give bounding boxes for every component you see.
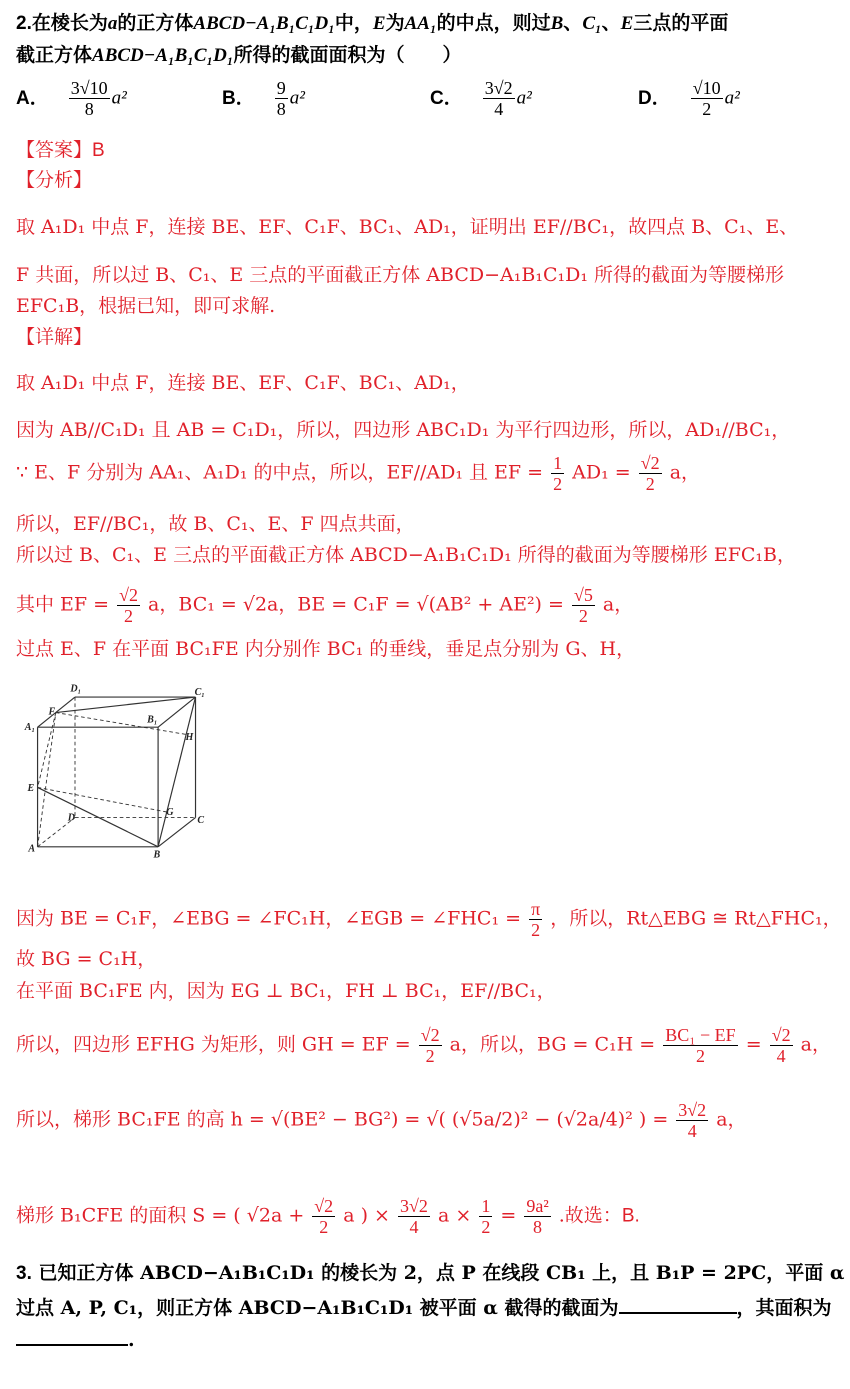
math-expression: B [551,13,564,34]
problem-3-line-2: 过点 A, P, C₁，则正方体 ABCD−A₁B₁C₁D₁ 被平面 α 截得的… [16,1292,832,1321]
text-segment: 在棱长为 [32,12,108,34]
text: a， [670,462,700,484]
option-b-fraction: 98 [275,78,288,119]
fraction: 3√24 [398,1196,430,1237]
math-expression: C₁ [582,13,601,34]
numerator: 9 [275,78,288,99]
fraction: √22 [312,1196,335,1237]
option-b[interactable]: B． 98a² [222,78,305,119]
text: 所以，四边形 EFHG 为矩形，则 GH = EF = [16,1034,411,1056]
text: 所以，梯形 BC₁FE 的高 h = √(BE² − BG²) = √( (√5… [16,1109,668,1131]
denominator: 2 [663,1046,737,1066]
solution-line-5: 所以过 B、C₁、E 三点的平面截正方体 ABCD−A₁B₁C₁D₁ 所得的截面… [16,542,796,568]
fraction: √22 [117,585,140,626]
label-h: H [184,732,194,743]
solution-line-4: 所以，EF//BC₁，故 B、C₁、E、F 四点共面， [16,511,415,537]
denominator: 8 [275,99,288,119]
text: a， [716,1109,746,1131]
denominator: 2 [117,606,140,626]
text-segment: 的正方体 [117,12,193,34]
text: ，所以，Rt△EBG ≅ Rt△FHC₁， [550,908,841,930]
solution-line-12: 所以，梯形 BC₁FE 的高 h = √(BE² − BG²) = √( (√5… [16,1100,747,1141]
fraction: √22 [419,1025,442,1066]
text: = [500,1205,516,1227]
label-g: G [166,807,174,818]
label-e: E [27,783,35,794]
answer-blank-area[interactable] [16,1324,128,1346]
numerator: √10 [691,78,723,99]
option-d-label: D． [638,88,671,109]
label-d: D [67,812,76,823]
denominator: 8 [69,99,110,119]
fraction: √52 [572,585,595,626]
answer-value: B [92,140,105,161]
fraction: BC₁ − EF2 [663,1025,737,1066]
numerator: 3√2 [483,78,515,99]
fraction: 3√24 [676,1100,708,1141]
label-a1: A₁ [24,722,35,733]
numerator: √5 [572,585,595,606]
fraction: 12 [551,453,564,494]
numerator: √2 [639,453,662,474]
option-d-fraction: √102 [691,78,723,119]
problem-number: 2. [16,13,32,34]
solution-line-3: ∵ E、F 分别为 AA₁、A₁D₁ 的中点，所以，EF//AD₁ 且 EF =… [16,453,700,494]
solution-line-1: 取 A₁D₁ 中点 F，连接 BE、EF、C₁F、BC₁、AD₁， [16,370,470,396]
text-segment: 、 [602,12,621,34]
numerator: π [529,899,542,920]
numerator: √2 [117,585,140,606]
numerator: BC₁ − EF [663,1025,737,1046]
analysis-line-3: EFC₁B，根据已知，即可求解. [16,293,275,319]
problem-3-line-1: 3. 已知正方体 ABCD−A₁B₁C₁D₁ 的棱长为 2，点 P 在线段 CB… [16,1260,850,1287]
math-expression: ABCD−A₁B₁C₁D₁ [92,45,234,66]
text: 其中 EF = [16,594,109,616]
problem-2-stem-line-2: 截正方体ABCD−A₁B₁C₁D₁所得的截面面积为（ ） [16,42,462,69]
math-expression: E [373,13,386,34]
text-segment: 、 [563,12,582,34]
numerator: 1 [551,453,564,474]
text: 梯形 B₁CFE 的面积 S = ( √2a + [16,1205,304,1227]
text-segment: 截正方体 [16,44,92,66]
numerator: 9a² [524,1196,550,1217]
option-a-fraction: 3√108 [69,78,110,119]
text-segment: 所得的截面面积为（ ） [234,44,462,66]
fraction: π2 [529,899,542,940]
denominator: 2 [312,1217,335,1237]
numerator: 3√10 [69,78,110,99]
option-b-label: B． [222,88,255,109]
math-expression: a [108,13,118,34]
denominator: 2 [691,99,723,119]
analysis-header: 【分析】 [16,167,92,193]
numerator: √2 [770,1025,793,1046]
math-expression: E [621,13,634,34]
fraction: √24 [770,1025,793,1066]
period: . [128,1329,135,1351]
problem-2-stem-line-1: 2.在棱长为a的正方体ABCD−A₁B₁C₁D₁中，E为AA₁的中点，则过B、C… [16,10,728,37]
math-expression: AA₁ [405,13,437,34]
answer-header: 【答案】 [16,139,92,161]
denominator: 2 [419,1046,442,1066]
solution-line-7: 过点 E、F 在平面 BC₁FE 内分别作 BC₁ 的垂线，垂足点分别为 G、H… [16,636,635,662]
denominator: 2 [572,606,595,626]
option-a-variable: a² [112,88,127,109]
fraction: √22 [639,453,662,494]
option-a-label: A． [16,88,49,109]
option-d-variable: a² [725,88,740,109]
text-segment: 三点的平面 [633,12,728,34]
numerator: 1 [479,1196,492,1217]
fraction: 9a²8 [524,1196,550,1237]
text: a，所以，BG = C₁H = [450,1034,656,1056]
label-d1: D₁ [69,684,81,695]
denominator: 4 [398,1217,430,1237]
text: a，BC₁ = √2a，BE = C₁F = √(AB² + AE²) = [148,594,564,616]
numerator: √2 [419,1025,442,1046]
option-a[interactable]: A． 3√108a² [16,78,127,119]
denominator: 8 [524,1217,550,1237]
option-d[interactable]: D． √102a² [638,78,740,119]
label-c: C [197,815,204,826]
text: AD₁ = [572,462,631,484]
text: .故选： [559,1205,622,1227]
option-c-label: C． [430,88,463,109]
numerator: √2 [312,1196,335,1217]
fraction: 12 [479,1196,492,1237]
math-expression: ABCD−A₁B₁C₁D₁ [193,13,335,34]
label-a: A [27,843,35,854]
solution-line-8: 因为 BE = C₁F，∠EBG = ∠FC₁H，∠EGB = ∠FHC₁ = … [16,899,842,940]
problem-3-text-3: ，其面积为 [737,1297,832,1319]
denominator: 2 [551,474,564,494]
label-b: B [153,850,161,861]
denominator: 2 [479,1217,492,1237]
text: a， [801,1034,831,1056]
problem-2-stem-text-2: 截正方体ABCD−A₁B₁C₁D₁所得的截面面积为（ ） [16,44,462,66]
option-c-variable: a² [517,88,532,109]
denominator: 4 [770,1046,793,1066]
option-b-variable: a² [290,88,305,109]
text-segment: 中， [335,12,373,34]
text-segment: 的中点，则过 [437,12,551,34]
solution-header: 【详解】 [16,324,92,350]
label-c1: C₁ [195,687,205,698]
numerator: 3√2 [676,1100,708,1121]
text: = [746,1034,762,1056]
label-b1: B₁ [146,715,157,726]
numerator: 3√2 [398,1196,430,1217]
solution-line-2: 因为 AB//C₁D₁ 且 AB = C₁D₁，所以，四边形 ABC₁D₁ 为平… [16,417,790,443]
text: a ) × [343,1205,390,1227]
option-c[interactable]: C． 3√24a² [430,78,532,119]
problem-2-stem-text: 在棱长为a的正方体ABCD−A₁B₁C₁D₁中，E为AA₁的中点，则过B、C₁、… [32,12,728,34]
analysis-line-1: 取 A₁D₁ 中点 F，连接 BE、EF、C₁F、BC₁、AD₁，证明出 EF/… [16,214,798,240]
cube-diagram: D₁ C₁ F A₁ B₁ H E G D C A B [12,676,222,866]
text: a × [438,1205,471,1227]
solution-line-11: 所以，四边形 EFHG 为矩形，则 GH = EF = √22 a，所以，BG … [16,1025,831,1066]
option-c-fraction: 3√24 [483,78,515,119]
text: ∵ E、F 分别为 AA₁、A₁D₁ 的中点，所以，EF//AD₁ 且 EF = [16,462,543,484]
problem-number: 3. [16,1263,32,1284]
problem-3-line-3: . [16,1324,135,1353]
solution-line-13: 梯形 B₁CFE 的面积 S = ( √2a + √22 a ) × 3√24 … [16,1196,640,1237]
problem-3-text-2: 过点 A, P, C₁，则正方体 ABCD−A₁B₁C₁D₁ 被平面 α 截得的… [16,1297,619,1319]
solution-line-6: 其中 EF = √22 a，BC₁ = √2a，BE = C₁F = √(AB²… [16,585,633,626]
text-segment: 为 [386,12,405,34]
text: 因为 BE = C₁F，∠EBG = ∠FC₁H，∠EGB = ∠FHC₁ = [16,908,521,930]
denominator: 4 [483,99,515,119]
denominator: 2 [529,920,542,940]
solution-line-9: 故 BG = C₁H， [16,946,156,972]
analysis-line-2: F 共面，所以过 B、C₁、E 三点的平面截正方体 ABCD−A₁B₁C₁D₁ … [16,262,784,288]
final-choice: B. [622,1206,640,1227]
text: a， [603,594,633,616]
solution-line-10: 在平面 BC₁FE 内，因为 EG ⊥ BC₁，FH ⊥ BC₁，EF//BC₁… [16,978,556,1004]
denominator: 2 [639,474,662,494]
label-f: F [48,706,56,717]
problem-3-text: 已知正方体 ABCD−A₁B₁C₁D₁ 的棱长为 2，点 P 在线段 CB₁ 上… [38,1262,850,1284]
answer-line: 【答案】B [16,137,105,164]
answer-blank-section[interactable] [619,1292,737,1314]
denominator: 4 [676,1121,708,1141]
